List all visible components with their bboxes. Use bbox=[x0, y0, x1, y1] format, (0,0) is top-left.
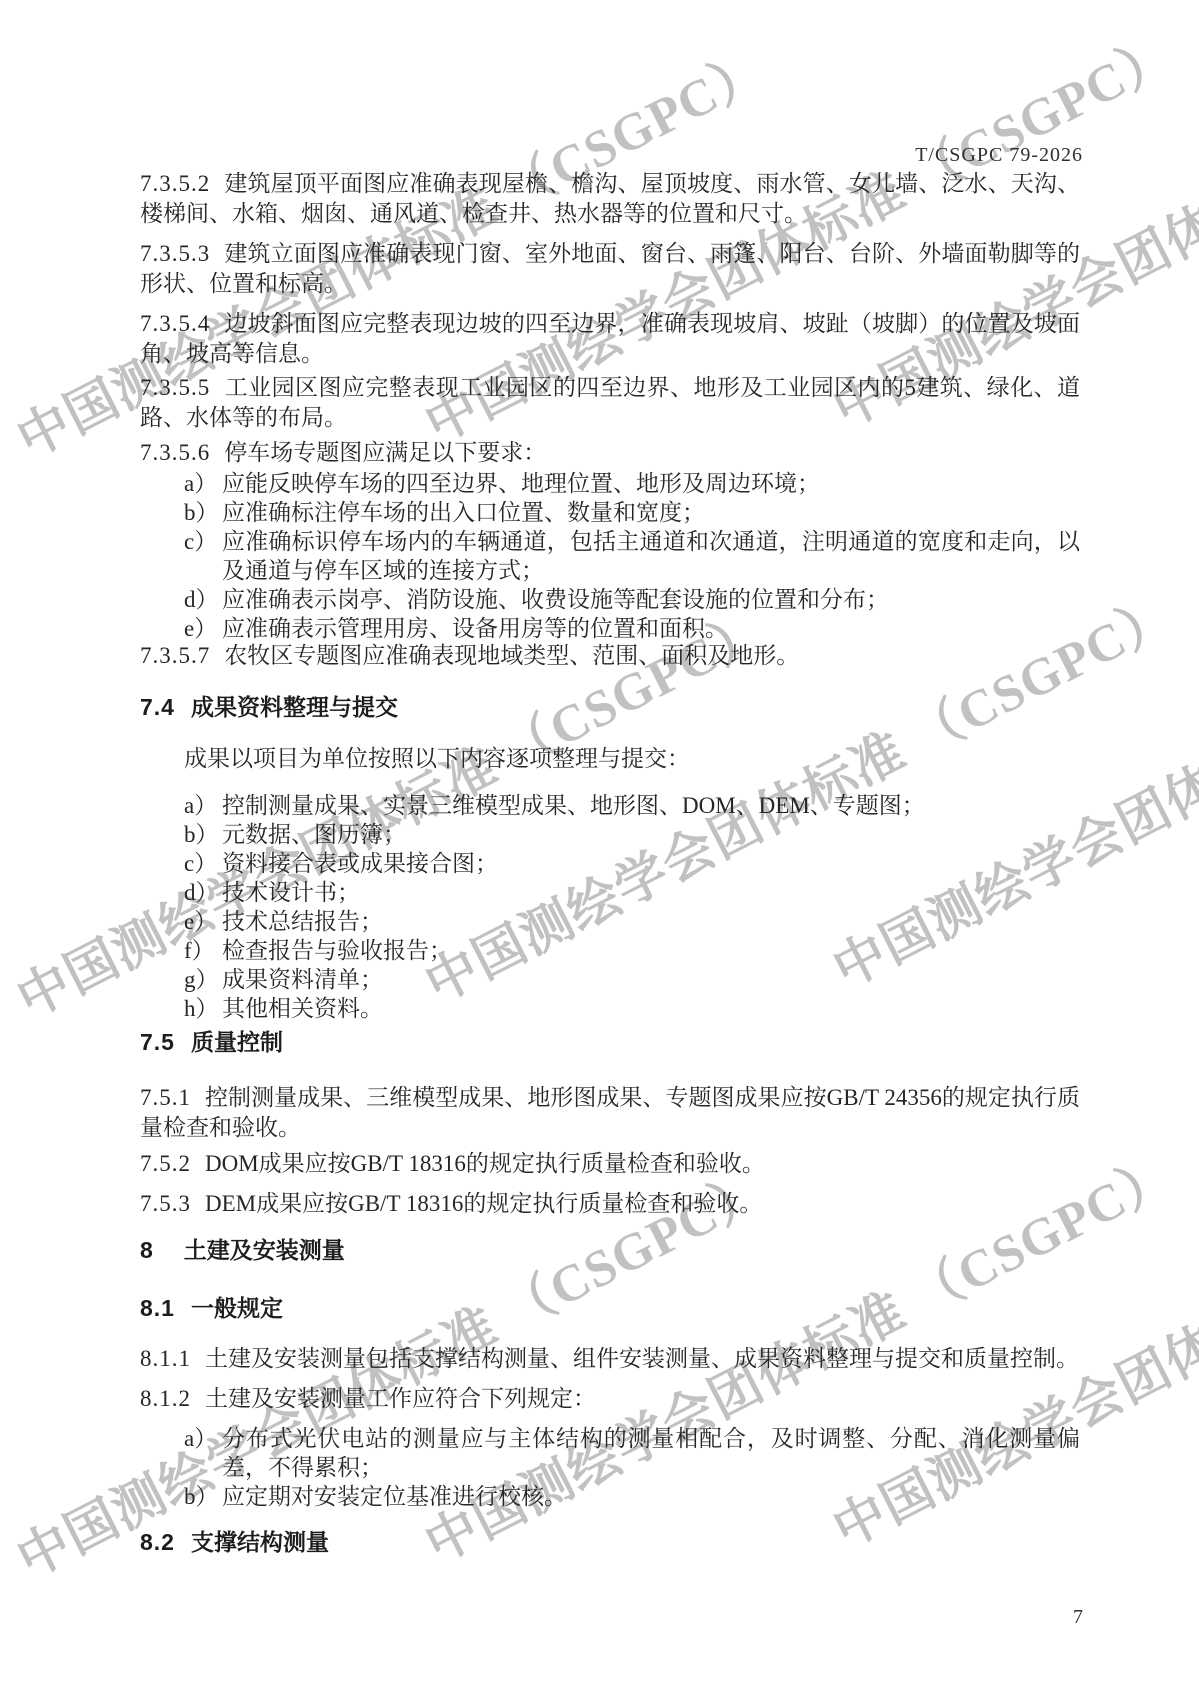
doc-reference: T/CSGPC 79-2026 bbox=[915, 144, 1083, 167]
list-item-letter: g） bbox=[184, 965, 219, 994]
list-item-text: 技术设计书； bbox=[222, 880, 360, 905]
heading-title: 土建及安装测量 bbox=[184, 1237, 345, 1263]
list-item-a: a）应能反映停车场的四至边界、地理位置、地形及周边环境； bbox=[140, 469, 1080, 498]
list-item-letter: c） bbox=[184, 527, 217, 556]
list-item-letter: c） bbox=[184, 849, 217, 878]
clause-number: 7.3.5.5 bbox=[140, 375, 210, 400]
clause-7-5-3: 7.5.3DEM成果应按GB/T 18316的规定执行质量检查和验收。 bbox=[140, 1189, 1080, 1219]
heading-title: 质量控制 bbox=[191, 1029, 283, 1055]
clause-text: 建筑立面图应准确表现门窗、室外地面、窗台、雨篷、阳台、台阶、外墙面勒脚等的形状、… bbox=[140, 241, 1080, 296]
list-item-c: c）应准确标识停车场内的车辆通道，包括主通道和次通道，注明通道的宽度和走向，以及… bbox=[140, 527, 1080, 585]
list-8-1-2: a）分布式光伏电站的测量应与主体结构的测量相配合，及时调整、分配、消化测量偏差，… bbox=[140, 1424, 1080, 1511]
para-text: 成果以项目为单位按照以下内容逐项整理与提交： bbox=[184, 746, 690, 771]
list-item-text: 应定期对安装定位基准进行校核。 bbox=[222, 1484, 567, 1509]
clause-number: 7.3.5.6 bbox=[140, 440, 210, 465]
clause-text: 停车场专题图应满足以下要求： bbox=[224, 440, 546, 465]
page-number: 7 bbox=[1073, 1606, 1083, 1629]
list-item-text: 应准确标注停车场的出入口位置、数量和宽度； bbox=[222, 500, 705, 525]
clause-number: 7.3.5.2 bbox=[140, 171, 210, 196]
clause-number: 8.1.2 bbox=[140, 1386, 191, 1411]
heading-8-2: 8.2支撑结构测量 bbox=[140, 1527, 1080, 1557]
list-item-letter: b） bbox=[184, 1482, 219, 1511]
clause-7-3-5-4: 7.3.5.4边坡斜面图应完整表现边坡的四至边界，准确表现坡肩、坡趾（坡脚）的位… bbox=[140, 309, 1080, 369]
heading-7-5: 7.5质量控制 bbox=[140, 1027, 1080, 1057]
clause-7-3-5-7: 7.3.5.7农牧区专题图应准确表现地域类型、范围、面积及地形。 bbox=[140, 641, 1080, 671]
clause-number: 7.5.1 bbox=[140, 1085, 191, 1110]
list-item-text: 成果资料清单； bbox=[222, 967, 383, 992]
list-item-e: e）应准确表示管理用房、设备用房等的位置和面积。 bbox=[140, 614, 1080, 643]
list-item-text: 元数据、图历簿； bbox=[222, 822, 406, 847]
heading-title: 成果资料整理与提交 bbox=[191, 694, 398, 720]
clause-number: 7.5.2 bbox=[140, 1151, 191, 1176]
list-item-letter: b） bbox=[184, 820, 219, 849]
clause-text: DOM成果应按GB/T 18316的规定执行质量检查和验收。 bbox=[205, 1151, 765, 1176]
list-item-text: 技术总结报告； bbox=[222, 909, 383, 934]
list-item-text: 分布式光伏电站的测量应与主体结构的测量相配合，及时调整、分配、消化测量偏差，不得… bbox=[222, 1426, 1080, 1480]
heading-number: 8.2 bbox=[140, 1529, 175, 1555]
clause-7-5-1: 7.5.1控制测量成果、三维模型成果、地形图成果、专题图成果应按GB/T 243… bbox=[140, 1083, 1080, 1143]
clause-text: DEM成果应按GB/T 18316的规定执行质量检查和验收。 bbox=[205, 1191, 762, 1216]
list-item-text: 应准确表示管理用房、设备用房等的位置和面积。 bbox=[222, 616, 728, 641]
clause-number: 7.3.5.3 bbox=[140, 241, 210, 266]
list-item-text: 其他相关资料。 bbox=[222, 996, 383, 1021]
list-item-d: d）技术设计书； bbox=[140, 878, 1080, 907]
clause-text: 控制测量成果、三维模型成果、地形图成果、专题图成果应按GB/T 24356的规定… bbox=[140, 1085, 1080, 1140]
list-item-letter: h） bbox=[184, 994, 219, 1023]
list-item-text: 应准确表示岗亭、消防设施、收费设施等配套设施的位置和分布； bbox=[222, 587, 889, 612]
list-item-text: 控制测量成果、实景三维模型成果、地形图、DOM、DEM、专题图； bbox=[222, 793, 925, 818]
clause-7-5-2: 7.5.2DOM成果应按GB/T 18316的规定执行质量检查和验收。 bbox=[140, 1149, 1080, 1179]
list-item-d: d）应准确表示岗亭、消防设施、收费设施等配套设施的位置和分布； bbox=[140, 585, 1080, 614]
list-7-3-5-6: a）应能反映停车场的四至边界、地理位置、地形及周边环境； b）应准确标注停车场的… bbox=[140, 469, 1080, 643]
heading-number: 7.5 bbox=[140, 1029, 175, 1055]
heading-title: 支撑结构测量 bbox=[191, 1529, 329, 1555]
page-content: T/CSGPC 79-2026 7.3.5.2建筑屋顶平面图应准确表现屋檐、檐沟… bbox=[0, 0, 1199, 1696]
list-item-a: a）控制测量成果、实景三维模型成果、地形图、DOM、DEM、专题图； bbox=[140, 791, 1080, 820]
clause-text: 农牧区专题图应准确表现地域类型、范围、面积及地形。 bbox=[224, 643, 799, 668]
list-item-letter: d） bbox=[184, 585, 219, 614]
heading-title: 一般规定 bbox=[191, 1295, 283, 1321]
clause-number: 7.5.3 bbox=[140, 1191, 191, 1216]
clause-text: 工业园区图应完整表现工业园区的四至边界、地形及工业园区内的5建筑、绿化、道路、水… bbox=[140, 375, 1080, 430]
list-item-a: a）分布式光伏电站的测量应与主体结构的测量相配合，及时调整、分配、消化测量偏差，… bbox=[140, 1424, 1080, 1482]
list-item-letter: a） bbox=[184, 469, 217, 498]
list-item-letter: e） bbox=[184, 907, 217, 936]
clause-8-1-1: 8.1.1土建及安装测量包括支撑结构测量、组件安装测量、成果资料整理与提交和质量… bbox=[140, 1344, 1080, 1374]
heading-7-4: 7.4成果资料整理与提交 bbox=[140, 692, 1080, 722]
clause-8-1-2: 8.1.2土建及安装测量工作应符合下列规定： bbox=[140, 1384, 1080, 1414]
list-item-e: e）技术总结报告； bbox=[140, 907, 1080, 936]
clause-7-3-5-2: 7.3.5.2建筑屋顶平面图应准确表现屋檐、檐沟、屋顶坡度、雨水管、女儿墙、泛水… bbox=[140, 169, 1080, 229]
heading-number: 8 bbox=[140, 1237, 154, 1263]
clause-7-3-5-3: 7.3.5.3建筑立面图应准确表现门窗、室外地面、窗台、雨篷、阳台、台阶、外墙面… bbox=[140, 239, 1080, 299]
list-item-text: 应能反映停车场的四至边界、地理位置、地形及周边环境； bbox=[222, 471, 820, 496]
list-item-letter: e） bbox=[184, 614, 217, 643]
clause-text: 土建及安装测量包括支撑结构测量、组件安装测量、成果资料整理与提交和质量控制。 bbox=[205, 1346, 1079, 1371]
clause-text: 土建及安装测量工作应符合下列规定： bbox=[205, 1386, 596, 1411]
list-item-c: c）资料接合表或成果接合图； bbox=[140, 849, 1080, 878]
list-item-b: b）元数据、图历簿； bbox=[140, 820, 1080, 849]
list-item-h: h）其他相关资料。 bbox=[140, 994, 1080, 1023]
heading-8: 8土建及安装测量 bbox=[140, 1235, 1080, 1265]
clause-text: 建筑屋顶平面图应准确表现屋檐、檐沟、屋顶坡度、雨水管、女儿墙、泛水、天沟、楼梯间… bbox=[140, 171, 1080, 226]
heading-number: 8.1 bbox=[140, 1295, 175, 1321]
list-7-4: a）控制测量成果、实景三维模型成果、地形图、DOM、DEM、专题图； b）元数据… bbox=[140, 791, 1080, 1023]
list-item-g: g）成果资料清单； bbox=[140, 965, 1080, 994]
heading-8-1: 8.1一般规定 bbox=[140, 1293, 1080, 1323]
list-item-text: 应准确标识停车场内的车辆通道，包括主通道和次通道，注明通道的宽度和走向，以及通道… bbox=[222, 529, 1080, 583]
document-page: 中国测绘学会团体标准 （CSGPC） 中国测绘学会团体标准 （CSGPC） 中国… bbox=[0, 0, 1199, 1696]
clause-number: 8.1.1 bbox=[140, 1346, 191, 1371]
para-submission-intro: 成果以项目为单位按照以下内容逐项整理与提交： bbox=[140, 744, 1080, 774]
list-item-b: b）应准确标注停车场的出入口位置、数量和宽度； bbox=[140, 498, 1080, 527]
clause-7-3-5-6: 7.3.5.6停车场专题图应满足以下要求： bbox=[140, 438, 1080, 468]
clause-7-3-5-5: 7.3.5.5工业园区图应完整表现工业园区的四至边界、地形及工业园区内的5建筑、… bbox=[140, 373, 1080, 433]
list-item-text: 检查报告与验收报告； bbox=[222, 938, 452, 963]
clause-number: 7.3.5.4 bbox=[140, 311, 210, 336]
list-item-b: b）应定期对安装定位基准进行校核。 bbox=[140, 1482, 1080, 1511]
list-item-letter: a） bbox=[184, 791, 217, 820]
list-item-letter: b） bbox=[184, 498, 219, 527]
clause-number: 7.3.5.7 bbox=[140, 643, 210, 668]
list-item-letter: a） bbox=[184, 1424, 217, 1453]
list-item-f: f）检查报告与验收报告； bbox=[140, 936, 1080, 965]
heading-number: 7.4 bbox=[140, 694, 175, 720]
list-item-text: 资料接合表或成果接合图； bbox=[222, 851, 498, 876]
clause-text: 边坡斜面图应完整表现边坡的四至边界，准确表现坡肩、坡趾（坡脚）的位置及坡面角、坡… bbox=[140, 311, 1080, 366]
list-item-letter: f） bbox=[184, 936, 215, 965]
list-item-letter: d） bbox=[184, 878, 219, 907]
